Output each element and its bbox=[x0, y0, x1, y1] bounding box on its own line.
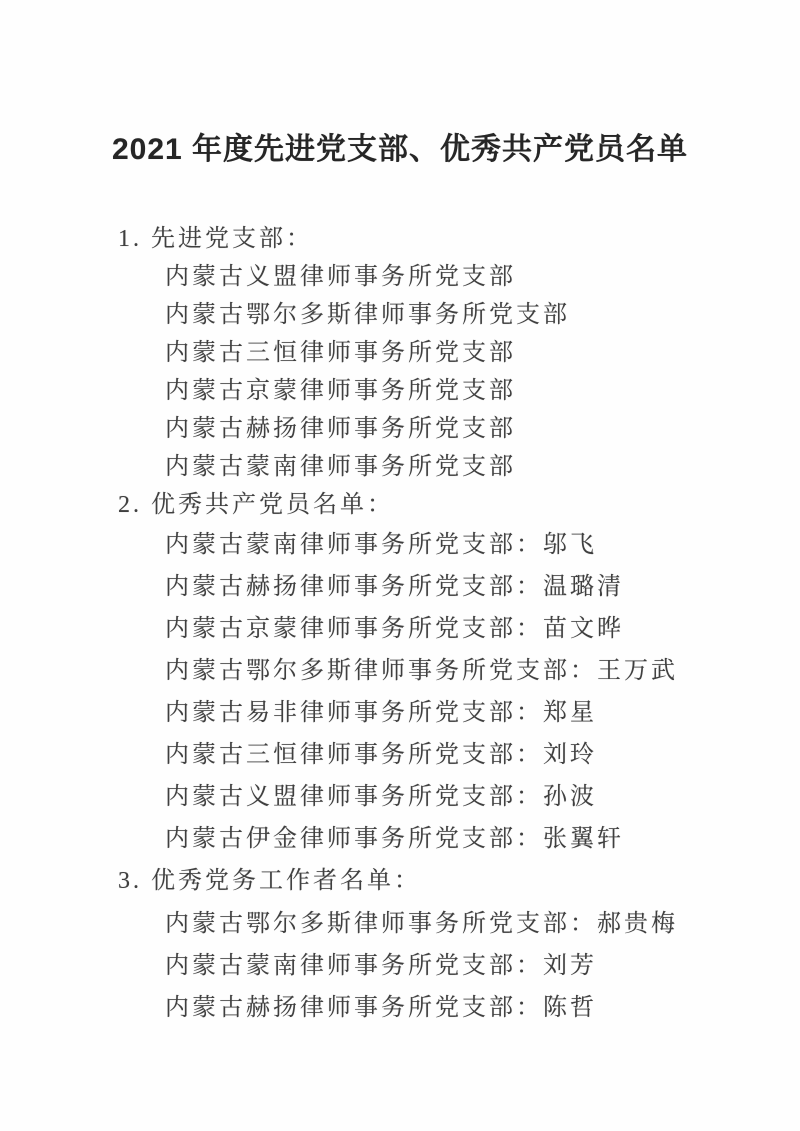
section-2-item: 内蒙古伊金律师事务所党支部：张翼轩 bbox=[118, 814, 800, 856]
section-2-item: 内蒙古京蒙律师事务所党支部：苗文晔 bbox=[118, 604, 800, 646]
section-1-item: 内蒙古鄂尔多斯律师事务所党支部 bbox=[118, 292, 800, 330]
section-2-item: 内蒙古赫扬律师事务所党支部：温璐清 bbox=[118, 562, 800, 604]
document-title: 2021 年度先进党支部、优秀共产党员名单 bbox=[0, 0, 800, 170]
section-1-item: 内蒙古三恒律师事务所党支部 bbox=[118, 330, 800, 368]
section-1-heading: 1. 先进党支部： bbox=[118, 216, 800, 254]
section-2-item: 内蒙古义盟律师事务所党支部：孙波 bbox=[118, 772, 800, 814]
section-2-heading: 2. 优秀共产党员名单： bbox=[118, 482, 800, 520]
section-1-item: 内蒙古蒙南律师事务所党支部 bbox=[118, 444, 800, 482]
document-body: 1. 先进党支部： 内蒙古义盟律师事务所党支部 内蒙古鄂尔多斯律师事务所党支部 … bbox=[0, 216, 800, 1025]
section-1-item: 内蒙古义盟律师事务所党支部 bbox=[118, 254, 800, 292]
section-2-item: 内蒙古易非律师事务所党支部：郑星 bbox=[118, 688, 800, 730]
section-3-item: 内蒙古鄂尔多斯律师事务所党支部：郝贵梅 bbox=[118, 899, 800, 941]
section-2-item: 内蒙古三恒律师事务所党支部：刘玲 bbox=[118, 730, 800, 772]
section-2-item: 内蒙古鄂尔多斯律师事务所党支部：王万武 bbox=[118, 646, 800, 688]
section-2-item: 内蒙古蒙南律师事务所党支部：邬飞 bbox=[118, 520, 800, 562]
section-3-item: 内蒙古蒙南律师事务所党支部：刘芳 bbox=[118, 941, 800, 983]
section-1-item: 内蒙古赫扬律师事务所党支部 bbox=[118, 406, 800, 444]
section-3-item: 内蒙古赫扬律师事务所党支部：陈哲 bbox=[118, 983, 800, 1025]
document-page: 2021 年度先进党支部、优秀共产党员名单 1. 先进党支部： 内蒙古义盟律师事… bbox=[0, 0, 800, 1131]
section-1-item: 内蒙古京蒙律师事务所党支部 bbox=[118, 368, 800, 406]
section-3-heading: 3. 优秀党务工作者名单： bbox=[118, 856, 800, 899]
